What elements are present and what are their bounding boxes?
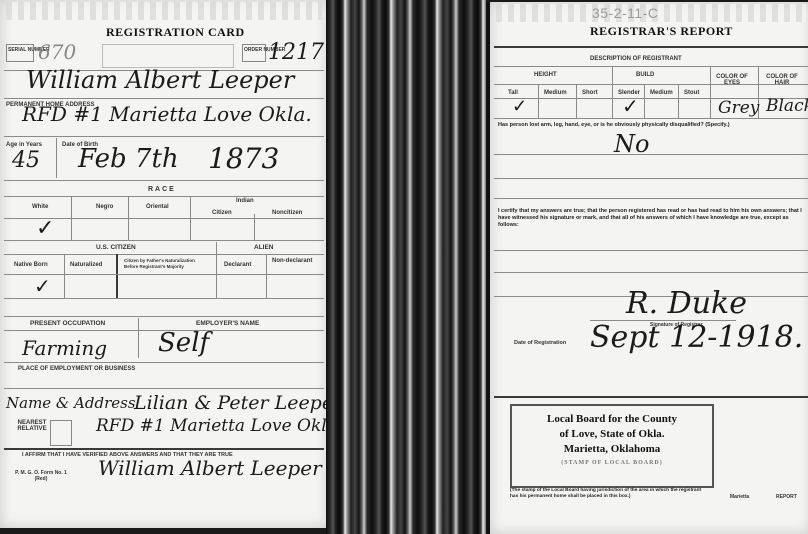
divider [4,196,324,197]
citizen-col-naturalized: Naturalized [70,262,102,268]
relative-name-prefix: Name & Address [6,394,136,412]
citizen-col-by-father: Citizen by Father's Naturalization Befor… [124,258,210,270]
divider [4,316,324,317]
hair-color-value: Black [766,96,808,116]
stamp-box [102,44,234,68]
divider [644,84,645,118]
microfilm-strip [326,0,486,534]
divider [4,448,324,450]
divider [494,46,808,48]
divider [494,84,808,85]
relative-box [50,420,72,446]
build-header: BUILD [636,72,654,78]
relative-address: RFD #1 Marietta Love Okla. [96,416,342,436]
divider [494,98,808,99]
footer-left: Marietta [730,494,749,500]
stamp-line-3: Marietta, Oklahoma [512,442,712,457]
citizen-header: U.S. CITIZEN [96,244,136,251]
description-header: DESCRIPTION OF REGISTRANT [590,56,682,62]
citizen-col-native: Native Born [14,262,48,268]
alien-header: ALIEN [254,244,274,251]
employer-value: Self [158,328,209,358]
divider [64,254,65,298]
divider [216,242,217,298]
divider [494,198,808,199]
divider [56,138,57,178]
alien-col-declarant: Declarant [224,262,251,268]
divider [494,250,808,251]
relative-name: Lilian & Peter Leeper [134,392,342,414]
serial-number: 670 [38,40,76,64]
race-col-noncitizen: Noncitizen [272,210,302,216]
height-tall-mark: ✓ [512,96,527,117]
divider [678,84,679,118]
divider [4,254,324,255]
alien-col-nondeclarant: Non-declarant [272,258,316,264]
divider [494,272,808,273]
divider [494,178,808,179]
race-col-citizen: Citizen [212,210,232,216]
divider [494,66,808,67]
divider [138,318,139,358]
employer-header: EMPLOYER'S NAME [196,320,259,327]
divider [710,66,711,118]
registrar-signature: R. Duke [626,286,747,321]
form-number: P. M. G. O. Form No. 1 (Red) [8,470,74,482]
divider [612,66,613,118]
occupation-value: Farming [22,336,107,360]
place-of-employment-label: PLACE OF EMPLOYMENT OR BUSINESS [18,366,135,372]
height-col-medium: Medium [544,90,567,96]
stamp-line-4: (STAMP OF LOCAL BOARD) [512,460,712,466]
faint-header-pattern [6,2,322,20]
divider [116,254,118,298]
age-value: 45 [12,148,40,173]
dob-month-day: Feb 7th [78,144,179,174]
footer-right: REPORT [776,494,797,500]
race-col-negro: Negro [96,204,113,210]
eye-color-value: Grey [718,98,759,118]
registrant-name: William Albert Leeper [26,66,294,94]
build-slender-mark: ✓ [622,94,639,118]
order-number: 1217 [268,40,324,65]
divider [4,98,324,99]
race-white-mark: ✓ [36,216,54,241]
local-board-stamp: Local Board for the County of Love, Stat… [510,404,714,488]
occupation-header: PRESENT OCCUPATION [30,320,105,327]
registrant-signature: William Albert Leeper [98,456,322,480]
divider [4,388,324,389]
card-title: REGISTRATION CARD [106,25,245,40]
race-col-white: White [32,204,48,210]
build-col-stout: Stout [684,90,699,96]
nearest-relative-label: NEAREST RELATIVE [14,420,50,432]
height-header: HEIGHT [534,72,557,78]
permanent-address: RFD #1 Marietta Love Okla. [22,102,312,126]
divider [494,154,808,155]
report-title: REGISTRAR'S REPORT [590,24,733,39]
date-label: Date of Registration [514,340,566,346]
divider [4,240,324,241]
divider [4,180,324,181]
divider [494,396,808,398]
divider [266,254,267,298]
divider [4,136,324,137]
certify-text: I certify that my answers are true; that… [498,208,804,229]
stamp-line-1: Local Board for the County [512,412,712,427]
date-of-registration: Sept 12-1918. [590,320,803,355]
dob-year: 1873 [208,142,279,175]
stamp-line-2: of Love, State of Okla. [512,427,712,442]
divider [494,118,808,119]
divider [538,84,539,118]
stamp-number: 35-2-11-C [592,5,659,21]
stamp-note: (The stamp of the Local Board having jur… [510,488,710,500]
lost-limb-question: Has person lost arm, leg, hand, eye, or … [498,122,804,129]
height-col-short: Short [582,90,598,96]
divider [576,84,577,118]
registration-card: REGISTRATION CARD SERIAL NUMBER 670 ORDE… [0,0,328,528]
divider [4,298,324,299]
divider [4,362,324,363]
race-indian-label: Indian [236,198,254,204]
build-col-medium: Medium [650,90,673,96]
race-col-oriental: Oriental [146,204,169,210]
divider [4,274,324,275]
registrars-report-card: 35-2-11-C REGISTRAR'S REPORT DESCRIPTION… [486,2,808,534]
native-born-mark: ✓ [34,274,51,298]
race-header: RACE [148,186,176,193]
